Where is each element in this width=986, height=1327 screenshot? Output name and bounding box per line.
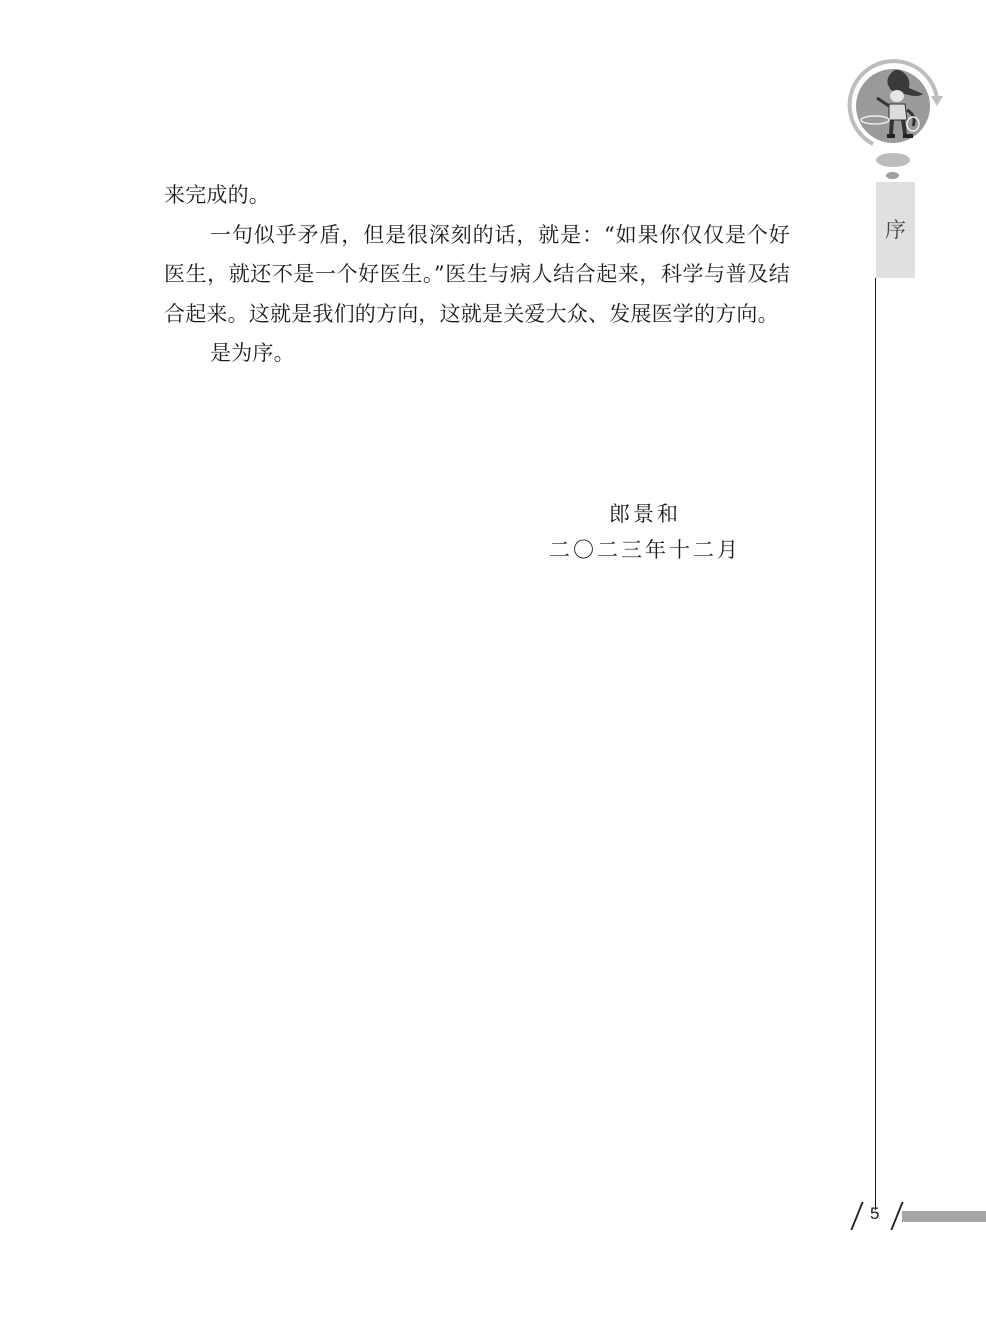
page-footer: 5 — [848, 1200, 986, 1232]
chapter-tab: 序 — [876, 182, 915, 278]
cowboy-mascot-icon — [847, 58, 947, 158]
signature-author: 郎景和 — [540, 496, 750, 532]
page-bar — [902, 1211, 986, 1222]
page-body: 来完成的。 一句似乎矛盾，但是很深刻的话，就是：“如果你仅仅是个好医生，就还不是… — [164, 176, 790, 374]
thought-bubble-small — [886, 172, 899, 179]
margin-rule — [875, 278, 876, 1210]
signature-date: 二〇二三年十二月 — [540, 532, 750, 568]
chapter-tab-label: 序 — [885, 214, 906, 244]
thought-bubble-large — [876, 153, 910, 167]
slash-left-divider — [850, 1202, 863, 1230]
paragraph-quote: 一句似乎矛盾，但是很深刻的话，就是：“如果你仅仅是个好医生，就还不是一个好医生。… — [164, 216, 790, 335]
paragraph-continuation: 来完成的。 — [164, 176, 790, 216]
signature-block: 郎景和 二〇二三年十二月 — [540, 496, 750, 568]
page-number: 5 — [870, 1204, 879, 1224]
paragraph-closing: 是为序。 — [164, 334, 790, 374]
